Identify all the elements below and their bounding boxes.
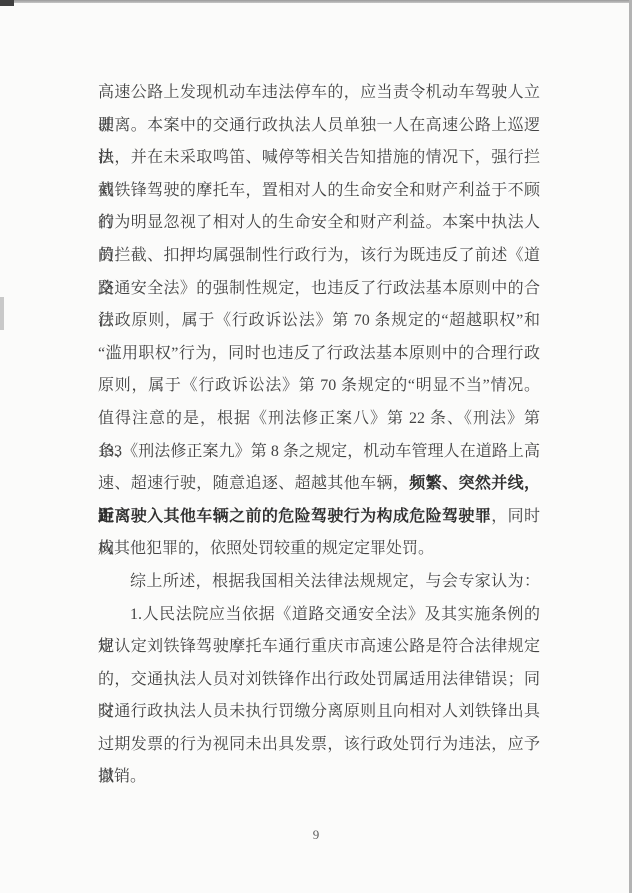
text-line: 法，并在未采取鸣笛、喊停等相关告知措施的情况下，强行拦截: [98, 142, 540, 175]
text-line: 刘铁锋驾驶的摩托车，置相对人的生命安全和财产利益于不顾的: [98, 175, 540, 208]
text-run: 原则，属于《行政诉讼法》第 70 条规定的“明显不当”情况。: [98, 377, 540, 394]
text-line: 驶离。本案中的交通行政执法人员单独一人在高速公路上巡逻执: [98, 110, 540, 143]
text-line: 综上所述，根据我国相关法律法规规定，与会专家认为：: [98, 566, 540, 599]
text-run: 交通行政执法人员未执行罚缴分离原则且向相对人刘铁锋出具: [98, 703, 540, 720]
text-run: 速、超速行驶，随意追逐、超越其他车辆，: [98, 475, 409, 492]
text-run: 定认定刘铁锋驾驶摩托车通行重庆市高速公路是符合法律规定: [98, 638, 540, 655]
text-line: 交通行政执法人员未执行罚缴分离原则且向相对人刘铁锋出具: [98, 696, 540, 729]
text-line: 成其他犯罪的，依照处罚较重的规定定罪处罚。: [98, 533, 540, 566]
text-line: 值得注意的是，根据《刑法修正案八》第 22 条、《刑法》第 133: [98, 403, 540, 436]
text-run: 成其他犯罪的，依照处罚较重的规定定罪处罚。: [98, 540, 434, 557]
text-line: 定认定刘铁锋驾驶摩托车通行重庆市高速公路是符合法律规定: [98, 631, 540, 664]
text-run: 条、《刑法修正案九》第 8 条之规定，机动车管理人在道路上高: [98, 443, 540, 460]
text-run: “滥用职权”行为，同时也违反了行政法基本原则中的合理行政: [98, 345, 540, 362]
text-line: 距离驶入其他车辆之前的危险驾驶行为构成危险驾驶罪，同时构: [98, 501, 540, 534]
text-line: 高速公路上发现机动车违法停车的，应当责令机动车驾驶人立即: [98, 77, 540, 110]
text-line: 交通安全法》的强制性规定，也违反了行政法基本原则中的合法: [98, 273, 540, 306]
text-line: 撤销。: [98, 761, 540, 794]
text-line: 条、《刑法修正案九》第 8 条之规定，机动车管理人在道路上高: [98, 436, 540, 469]
scan-edge-top: [0, 0, 632, 3]
text-line: 1.人民法院应当依据《道路交通安全法》及其实施条例的规: [98, 599, 540, 632]
scan-edge-top-notch: [0, 0, 14, 6]
text-run: 综上所述，根据我国相关法律法规规定，与会专家认为：: [130, 573, 540, 590]
text-line: 速、超速行驶，随意追逐、超越其他车辆，频繁、突然并线，近: [98, 468, 540, 501]
text-line: 行政原则，属于《行政诉讼法》第 70 条规定的“超越职权”和: [98, 305, 540, 338]
text-line: 原则，属于《行政诉讼法》第 70 条规定的“明显不当”情况。: [98, 370, 540, 403]
text-line: 过期发票的行为视同未出具发票，该行政处罚行为违法，应予以: [98, 729, 540, 762]
text-line: 行为明显忽视了相对人的生命安全和财产利益。本案中执法人员: [98, 207, 540, 240]
text-line: 的拦截、扣押均属强制性行政行为，该行为既违反了前述《道路: [98, 240, 540, 273]
page-number: 9: [0, 826, 632, 844]
bold-text-run: 距离驶入其他车辆之前的危险驾驶行为构成危险驾驶罪: [98, 508, 491, 525]
text-line: 的，交通执法人员对刘铁锋作出行政处罚属适用法律错误；同时: [98, 664, 540, 697]
text-run: 撤销。: [98, 768, 146, 785]
document-text: 高速公路上发现机动车违法停车的，应当责令机动车驾驶人立即驶离。本案中的交通行政执…: [98, 77, 540, 794]
text-run: 行政原则，属于《行政诉讼法》第 70 条规定的“超越职权”和: [98, 312, 540, 329]
scanned-document-page: 高速公路上发现机动车违法停车的，应当责令机动车驾驶人立即驶离。本案中的交通行政执…: [0, 0, 632, 893]
text-line: “滥用职权”行为，同时也违反了行政法基本原则中的合理行政: [98, 338, 540, 371]
scan-edge-left-mark: [0, 297, 4, 330]
